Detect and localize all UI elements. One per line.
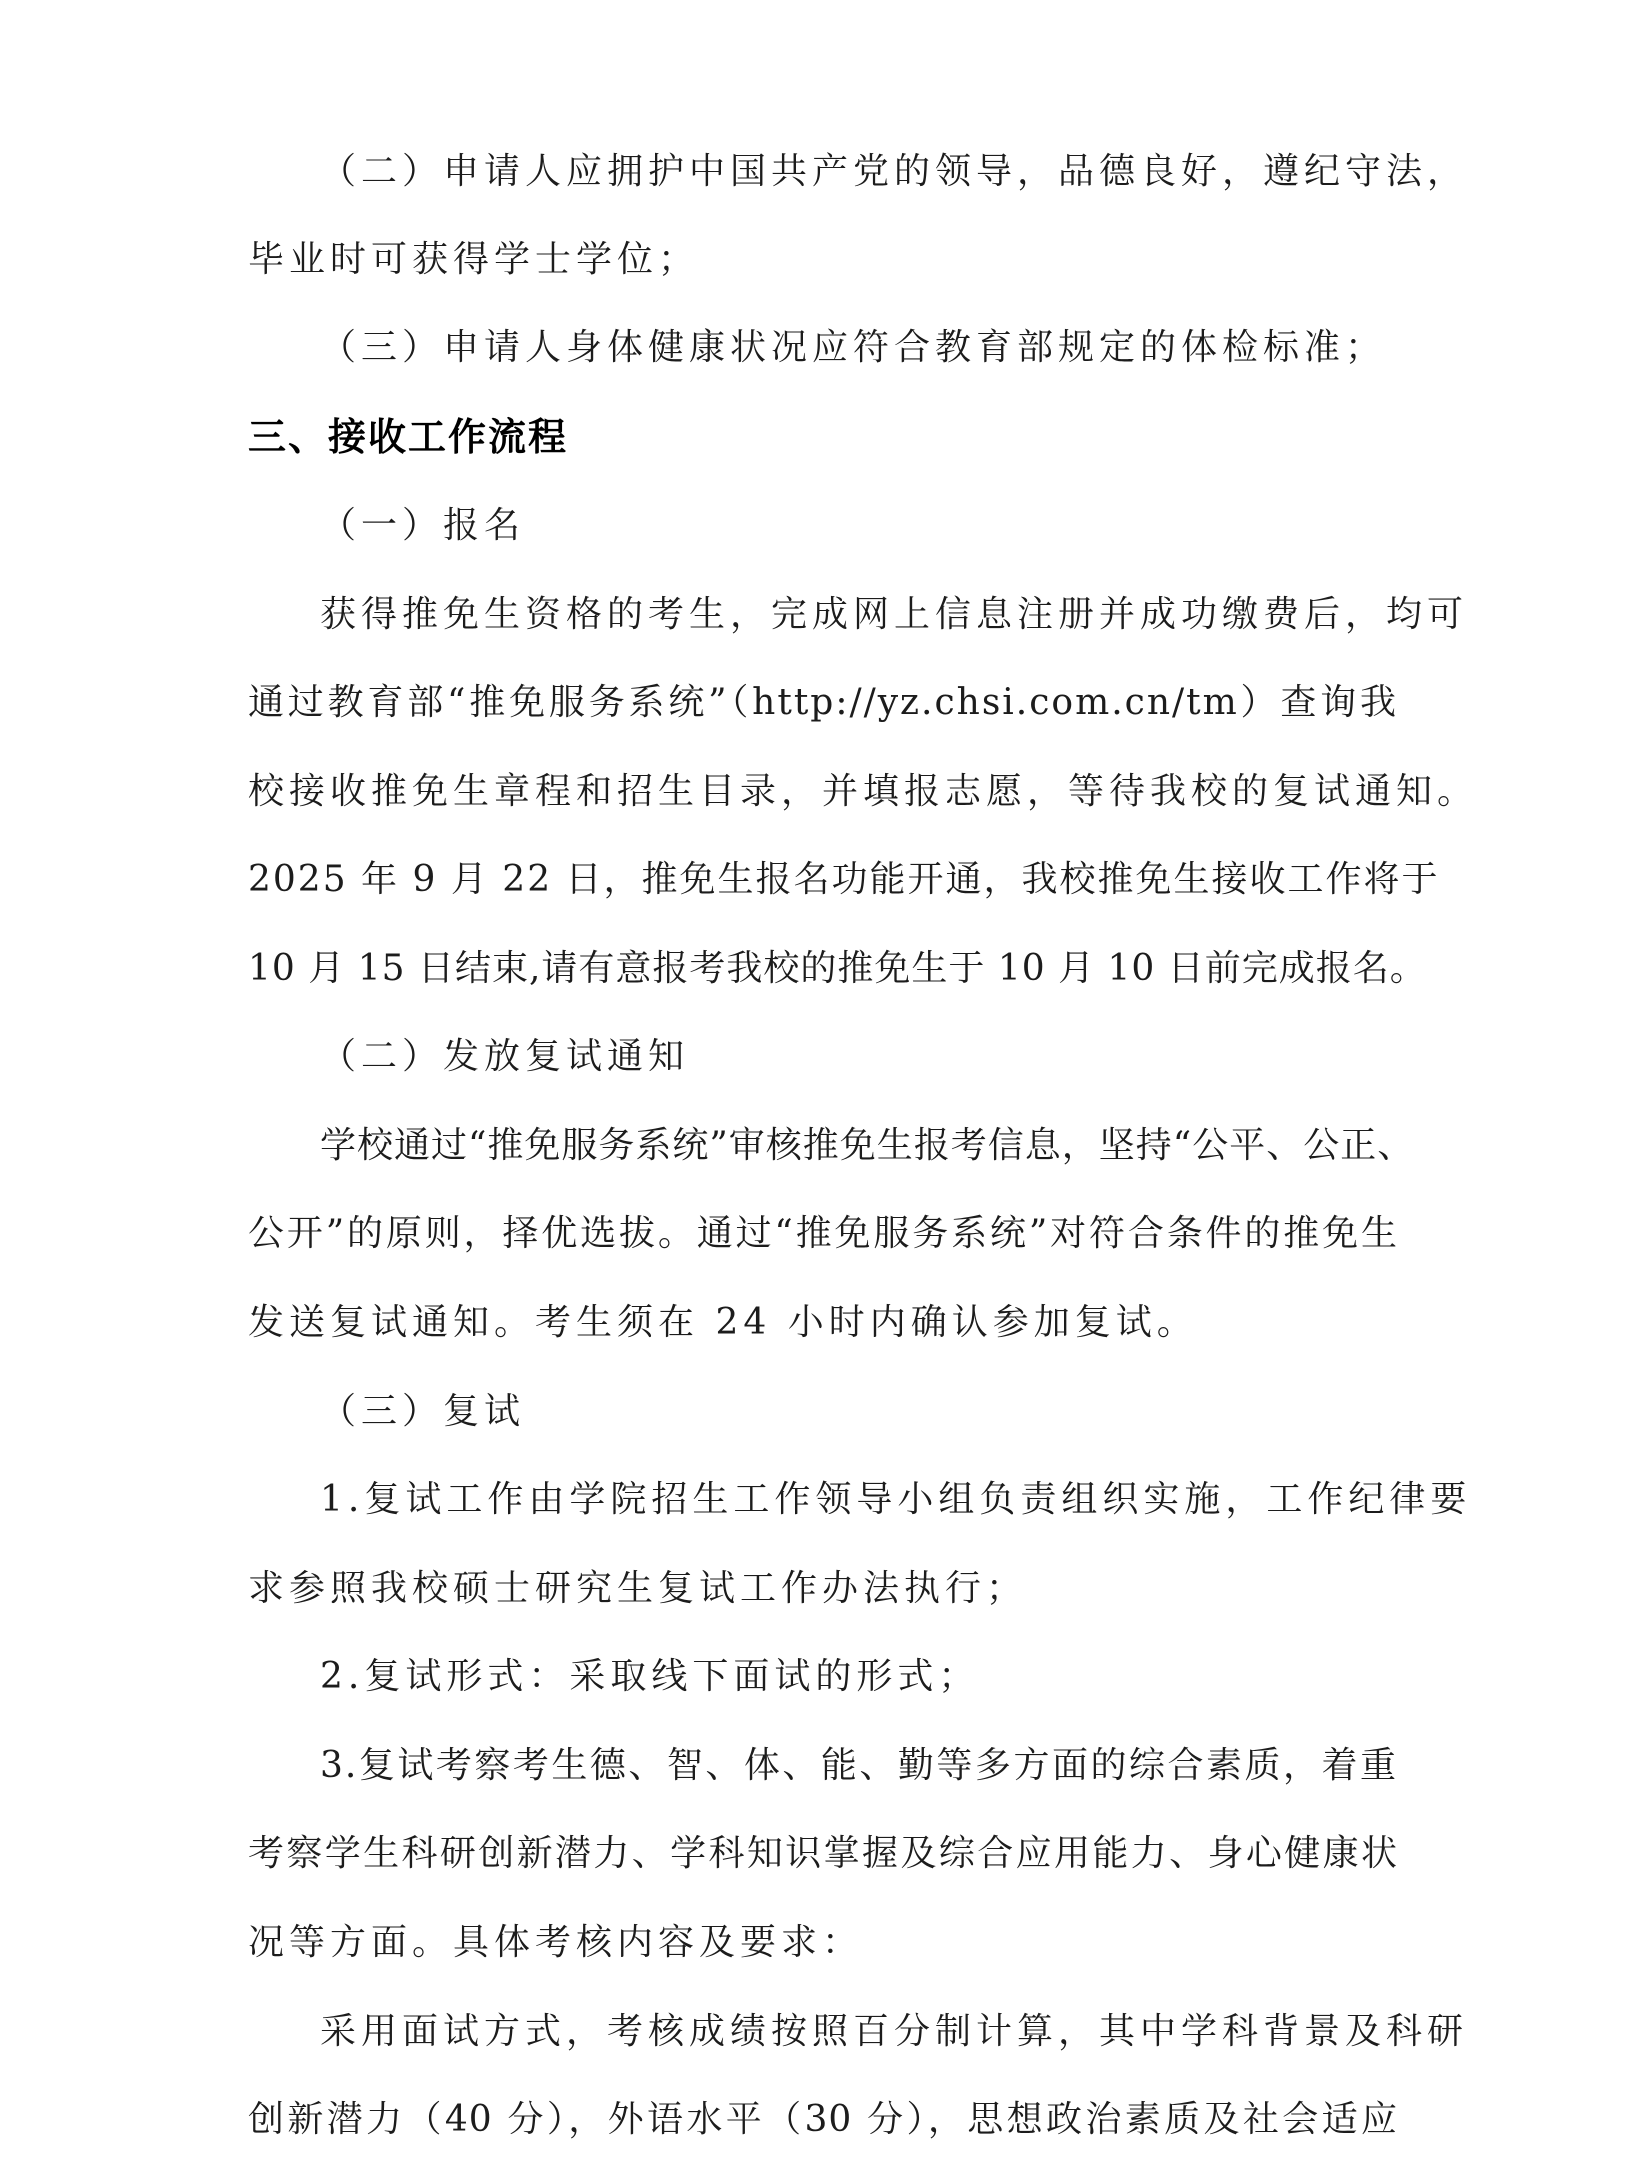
paragraph-line: 考察学生科研创新潜力、学科知识掌握及综合应用能力、身心健康状 [248, 1832, 1398, 1876]
paragraph-line: （二）申请人应拥护中国共产党的领导，品德良好，遵纪守法， [320, 150, 1398, 194]
subsection-heading: （三）复试 [320, 1390, 525, 1434]
paragraph-line: 2025 年 9 月 22 日，推免生报名功能开通，我校推免生接收工作将于 [248, 858, 1398, 902]
paragraph-line: 况等方面。具体考核内容及要求： [248, 1921, 863, 1965]
paragraph-line: 3.复试考察考生德、智、体、能、勤等多方面的综合素质，着重 [320, 1744, 1398, 1788]
paragraph-line: 采用面试方式，考核成绩按照百分制计算，其中学科背景及科研 [320, 2010, 1398, 2054]
paragraph-line-with-link: 通过教育部“推免服务系统”（http://yz.chsi.com.cn/tm）查… [248, 681, 1398, 725]
paragraph-line: 10 月 15 日结束,请有意报考我校的推免生于 10 月 10 日前完成报名。 [248, 947, 1398, 991]
paragraph-line: 毕业时可获得学士学位； [248, 238, 699, 282]
paragraph-line: 求参照我校硕士研究生复试工作办法执行； [248, 1567, 1027, 1611]
paragraph-line: 1.复试工作由学院招生工作领导小组负责组织实施，工作纪律要 [320, 1478, 1398, 1522]
paragraph-line: 2.复试形式：采取线下面试的形式； [320, 1655, 979, 1699]
paragraph-line: 获得推免生资格的考生，完成网上信息注册并成功缴费后，均可 [320, 593, 1398, 637]
paragraph-line: （三）申请人身体健康状况应符合教育部规定的体检标准； [320, 326, 1386, 370]
paragraph-line: 公开”的原则，择优选拔。通过“推免服务系统”对符合条件的推免生 [248, 1212, 1398, 1256]
section-heading: 三、接收工作流程 [248, 415, 568, 459]
subsection-heading: （二）发放复试通知 [320, 1035, 689, 1079]
subsection-heading: （一）报名 [320, 504, 525, 548]
paragraph-line: 校接收推免生章程和招生目录，并填报志愿，等待我校的复试通知。 [248, 770, 1398, 814]
paragraph-line: 发送复试通知。考生须在 24 小时内确认参加复试。 [248, 1301, 1198, 1345]
paragraph-line: 创新潜力（40 分），外语水平（30 分），思想政治素质及社会适应 [248, 2098, 1398, 2142]
paragraph-line: 学校通过“推免服务系统”审核推免生报考信息，坚持“公平、公正、 [320, 1124, 1398, 1168]
